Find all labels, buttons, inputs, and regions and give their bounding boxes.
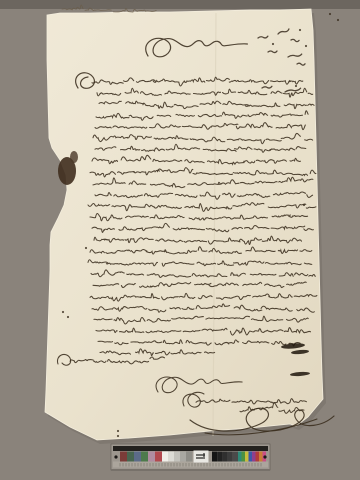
ink-speck — [299, 29, 301, 31]
color-calibration-bar — [111, 444, 270, 471]
colorbar-right-patch — [249, 452, 253, 462]
colorbar-left-patch — [127, 452, 134, 462]
colorbar-right-patch — [252, 452, 256, 462]
ink-speck — [85, 247, 87, 249]
ink-speck — [303, 204, 305, 206]
colorbar-glyph — [194, 451, 209, 463]
paper-sheet — [45, 9, 323, 440]
ink-speck — [117, 435, 119, 437]
colorbar-gray-patch — [168, 452, 174, 462]
colorbar-right-patch — [242, 452, 246, 462]
colorbar-screw-left — [114, 455, 117, 458]
ink-speck — [295, 85, 297, 87]
colorbar-screw-right — [263, 455, 266, 458]
colorbar-left-patch — [148, 452, 155, 462]
colorbar-gray-patch — [180, 452, 186, 462]
colorbar-dark-patch — [228, 452, 233, 462]
colorbar-top-band — [113, 446, 268, 451]
colorbar-left-patch — [134, 452, 141, 462]
archive-photo — [0, 0, 360, 480]
ink-speck — [62, 311, 64, 313]
ink-speck — [117, 430, 119, 432]
colorbar-ruler — [113, 462, 268, 468]
colorbar-dark-patch — [222, 452, 227, 462]
colorbar-gray-patch — [186, 452, 192, 462]
scan-edge-strip — [0, 0, 360, 9]
manuscript-paper — [45, 9, 326, 444]
manuscript-scene — [0, 0, 360, 480]
colorbar-gray-patch — [162, 452, 168, 462]
colorbar-left-patch — [155, 452, 162, 462]
colorbar-right-patch — [238, 452, 242, 462]
colorbar-gray-patch — [174, 452, 180, 462]
ink-speck — [337, 19, 339, 21]
colorbar-dark-patch — [217, 452, 222, 462]
colorbar-left-patch — [120, 452, 127, 462]
colorbar-dark-patch — [212, 452, 217, 462]
ink-stain — [70, 151, 78, 163]
colorbar-right-patch — [259, 452, 263, 462]
ink-speck — [329, 13, 331, 15]
colorbar-dark-patch — [233, 452, 238, 462]
colorbar-left-patch — [141, 452, 148, 462]
colorbar-frame-shadow — [111, 469, 270, 471]
colorbar-right-patch — [256, 452, 260, 462]
ink-speck — [67, 316, 69, 318]
ink-speck — [272, 43, 274, 45]
ink-speck — [305, 45, 307, 47]
colorbar-right-patch — [245, 452, 249, 462]
